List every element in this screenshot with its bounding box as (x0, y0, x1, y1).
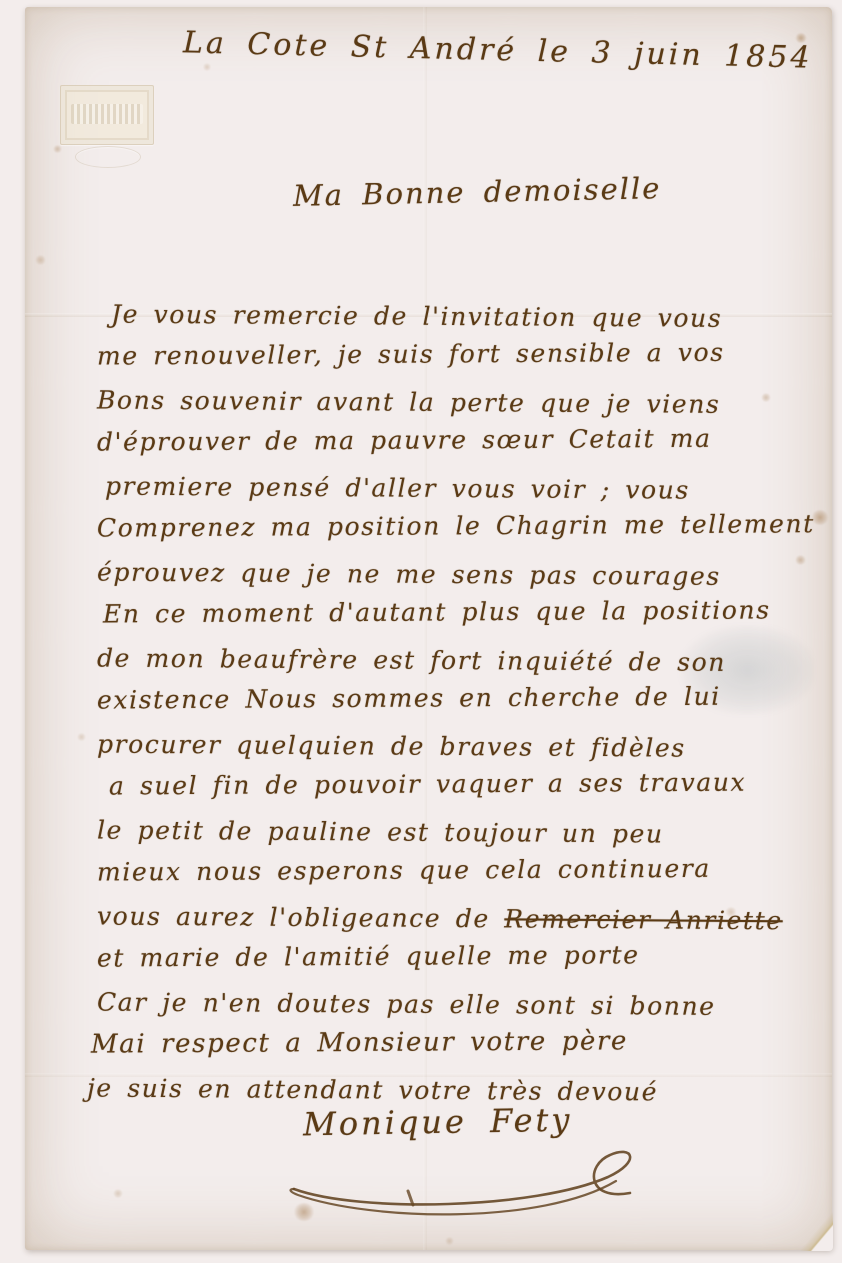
letter-line-text: vous aurez l'obligeance de (97, 902, 505, 934)
embossed-stamp (60, 85, 154, 145)
stain (445, 1237, 454, 1245)
letter-body: Je vous remercie de l'invitation que vou… (25, 294, 832, 1111)
letter-line: me renouveller, je suis fort sensible a … (25, 332, 832, 380)
struck-through-words: Remercier Anriette (504, 904, 783, 935)
dateline: La Cote St André le 3 juin 1854 (183, 25, 813, 75)
stain (35, 255, 46, 265)
stain (53, 145, 62, 153)
letter-line: Comprenez ma position le Chagrin me tell… (25, 504, 832, 552)
salutation: Ma Bonne demoiselle (293, 171, 662, 213)
letter-line: Mai respect a Monsieur votre père (25, 1020, 832, 1068)
letter-line: existence Nous sommes en cherche de lui (25, 676, 832, 724)
letter-line: En ce moment d'autant plus que la positi… (25, 590, 832, 638)
letter-line: d'éprouver de ma pauvre sœur Cetait ma (25, 418, 832, 466)
letter-line: a suel fin de pouvoir vaquer a ses trava… (25, 762, 832, 810)
torn-corner (749, 1151, 833, 1251)
signature: Monique Fety (303, 1101, 573, 1144)
embossed-stamp-lettering (71, 104, 143, 124)
letter-line: et marie de l'amitié quelle me porte (25, 934, 832, 982)
embossed-stamp-flourish (75, 146, 141, 168)
stain (113, 1189, 123, 1198)
letter-line: mieux nous esperons que cela continuera (25, 848, 832, 896)
letter-paper: La Cote St André le 3 juin 1854 Ma Bonne… (25, 7, 832, 1250)
stain (203, 63, 211, 71)
scan-background: La Cote St André le 3 juin 1854 Ma Bonne… (0, 0, 842, 1263)
signature-flourish (280, 1147, 670, 1232)
